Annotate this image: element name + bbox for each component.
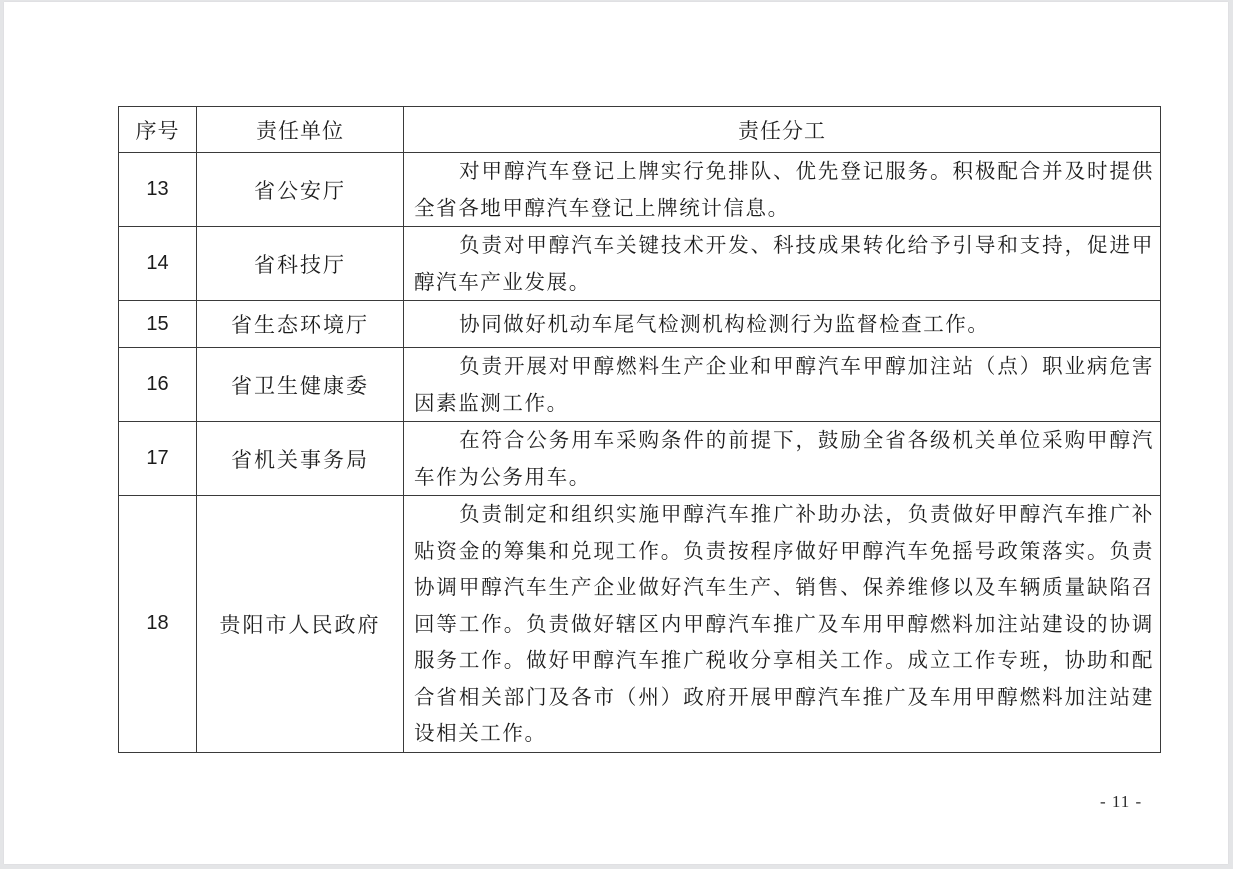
row-responsibility: 在符合公务用车采购条件的前提下，鼓励全省各级机关单位采购甲醇汽车作为公务用车。 <box>404 422 1161 496</box>
row-responsibility: 对甲醇汽车登记上牌实行免排队、优先登记服务。积极配合并及时提供全省各地甲醇汽车登… <box>404 153 1161 227</box>
row-responsible-unit: 省卫生健康委 <box>197 348 404 422</box>
header-responsible-unit: 责任单位 <box>197 107 404 153</box>
row-responsible-unit: 省科技厅 <box>197 227 404 301</box>
row-serial-number: 17 <box>119 422 197 496</box>
row-responsibility: 协同做好机动车尾气检测机构检测行为监督检查工作。 <box>404 301 1161 348</box>
row-responsible-unit: 省生态环境厅 <box>197 301 404 348</box>
header-responsibility: 责任分工 <box>404 107 1161 153</box>
row-responsible-unit: 省机关事务局 <box>197 422 404 496</box>
document-page: 序号 责任单位 责任分工 13 省公安厅 对甲醇汽车登记上牌实行免排队、优先登记… <box>4 2 1228 864</box>
table-header-row: 序号 责任单位 责任分工 <box>119 107 1161 153</box>
page-number: - 11 - <box>1100 792 1142 812</box>
row-responsibility: 负责对甲醇汽车关键技术开发、科技成果转化给予引导和支持，促进甲醇汽车产业发展。 <box>404 227 1161 301</box>
table-row: 17 省机关事务局 在符合公务用车采购条件的前提下，鼓励全省各级机关单位采购甲醇… <box>119 422 1161 496</box>
table-row: 15 省生态环境厅 协同做好机动车尾气检测机构检测行为监督检查工作。 <box>119 301 1161 348</box>
responsibility-table: 序号 责任单位 责任分工 13 省公安厅 对甲醇汽车登记上牌实行免排队、优先登记… <box>118 106 1161 753</box>
table-row: 16 省卫生健康委 负责开展对甲醇燃料生产企业和甲醇汽车甲醇加注站（点）职业病危… <box>119 348 1161 422</box>
header-serial-number: 序号 <box>119 107 197 153</box>
row-serial-number: 16 <box>119 348 197 422</box>
row-responsible-unit: 贵阳市人民政府 <box>197 496 404 753</box>
row-responsibility: 负责开展对甲醇燃料生产企业和甲醇汽车甲醇加注站（点）职业病危害因素监测工作。 <box>404 348 1161 422</box>
row-serial-number: 15 <box>119 301 197 348</box>
row-responsibility: 负责制定和组织实施甲醇汽车推广补助办法，负责做好甲醇汽车推广补贴资金的筹集和兑现… <box>404 496 1161 753</box>
row-serial-number: 18 <box>119 496 197 753</box>
row-responsible-unit: 省公安厅 <box>197 153 404 227</box>
table-row: 14 省科技厅 负责对甲醇汽车关键技术开发、科技成果转化给予引导和支持，促进甲醇… <box>119 227 1161 301</box>
table-row: 18 贵阳市人民政府 负责制定和组织实施甲醇汽车推广补助办法，负责做好甲醇汽车推… <box>119 496 1161 753</box>
table-row: 13 省公安厅 对甲醇汽车登记上牌实行免排队、优先登记服务。积极配合并及时提供全… <box>119 153 1161 227</box>
row-serial-number: 13 <box>119 153 197 227</box>
row-serial-number: 14 <box>119 227 197 301</box>
